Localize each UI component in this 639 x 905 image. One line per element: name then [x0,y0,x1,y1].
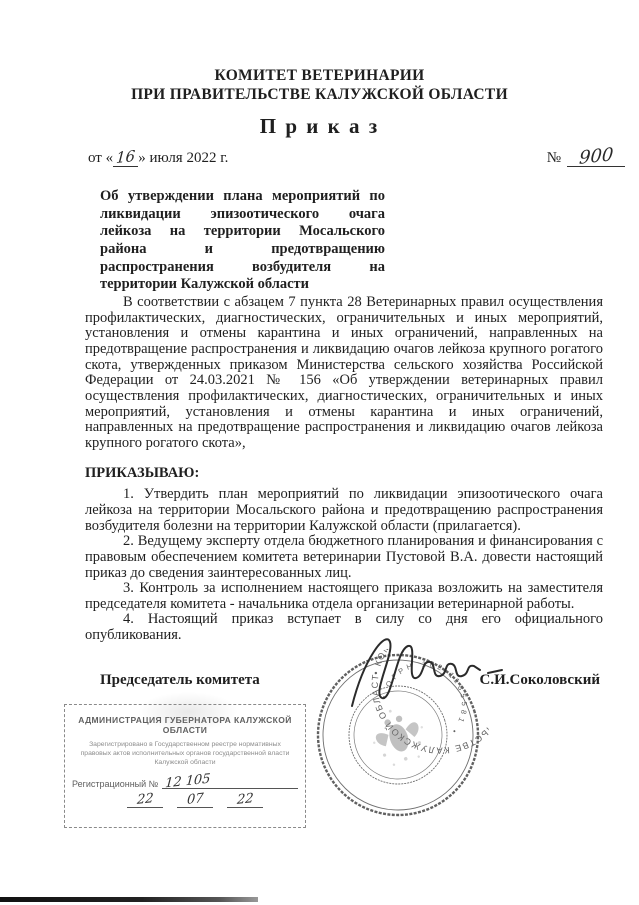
number-handwritten: 900 [578,146,613,168]
subject-paragraph: Об утверждении плана мероприятий по ликв… [100,188,385,294]
registration-date-month-slot: 07 [177,791,213,808]
order-item: 2. Ведущему эксперту отдела бюджетного п… [85,534,603,581]
date-field: от «16» июля 2022 г. [88,150,228,167]
registration-date-day: 22 [136,792,153,807]
number-slot: 900 [567,148,625,167]
handwritten-signature [338,628,508,718]
org-name: КОМИТЕТ ВЕТЕРИНАРИИ ПРИ ПРАВИТЕЛЬСТВЕ КА… [0,66,639,105]
registration-date-line: 22 07 22 [72,791,298,808]
registration-stamp: АДМИНИСТРАЦИЯ ГУБЕРНАТОРА КАЛУЖСКОЙ ОБЛА… [64,704,306,828]
registration-number-handwritten: 12 105 [165,772,211,790]
date-number-row: от «16» июля 2022 г. № 900 [88,148,625,167]
registration-date-month: 07 [186,792,203,807]
registration-number-line: Регистрационный № 12 105 [72,775,298,789]
registration-stamp-title: АДМИНИСТРАЦИЯ ГУБЕРНАТОРА КАЛУЖСКОЙ ОБЛА… [72,715,298,735]
org-name-line2: ПРИ ПРАВИТЕЛЬСТВЕ КАЛУЖСКОЙ ОБЛАСТИ [0,85,639,104]
body-paragraph: В соответствии с абзацем 7 пункта 28 Вет… [85,295,603,452]
document-page: КОМИТЕТ ВЕТЕРИНАРИИ ПРИ ПРАВИТЕЛЬСТВЕ КА… [0,0,639,905]
order-item: 3. Контроль за исполнением настоящего пр… [85,581,603,612]
number-label: № [547,150,561,167]
order-item: 1. Утвердить план мероприятий по ликвида… [85,487,603,534]
registration-date-day-slot: 22 [127,791,163,808]
date-suffix: » июля 2022 г. [138,150,228,166]
order-heading: ПРИКАЗЫВАЮ: [85,466,603,482]
scan-edge-artifact [0,897,258,902]
registration-date-year: 22 [236,792,253,807]
registration-stamp-fine-print: Зарегистрировано в Государственном реест… [72,740,298,768]
date-prefix: от « [88,150,113,166]
main-text: В соответствии с абзацем 7 пункта 28 Вет… [85,295,603,644]
registration-number-label: Регистрационный № [72,779,158,789]
date-day-slot: 16 [113,150,138,167]
date-day-handwritten: 16 [116,149,136,166]
registration-date-year-slot: 22 [227,791,263,808]
registration-fine-line3: Калужской области [72,758,298,767]
registration-number-slot: 12 105 [162,775,298,789]
signer-position: Председатель комитета [100,672,260,689]
registration-fine-line2: правовых актов исполнительных органов го… [72,749,298,758]
number-field: № 900 [547,148,625,167]
document-type-title: П р и к а з [0,114,639,139]
registration-fine-line1: Зарегистрировано в Государственном реест… [72,740,298,749]
org-name-line1: КОМИТЕТ ВЕТЕРИНАРИИ [0,66,639,85]
